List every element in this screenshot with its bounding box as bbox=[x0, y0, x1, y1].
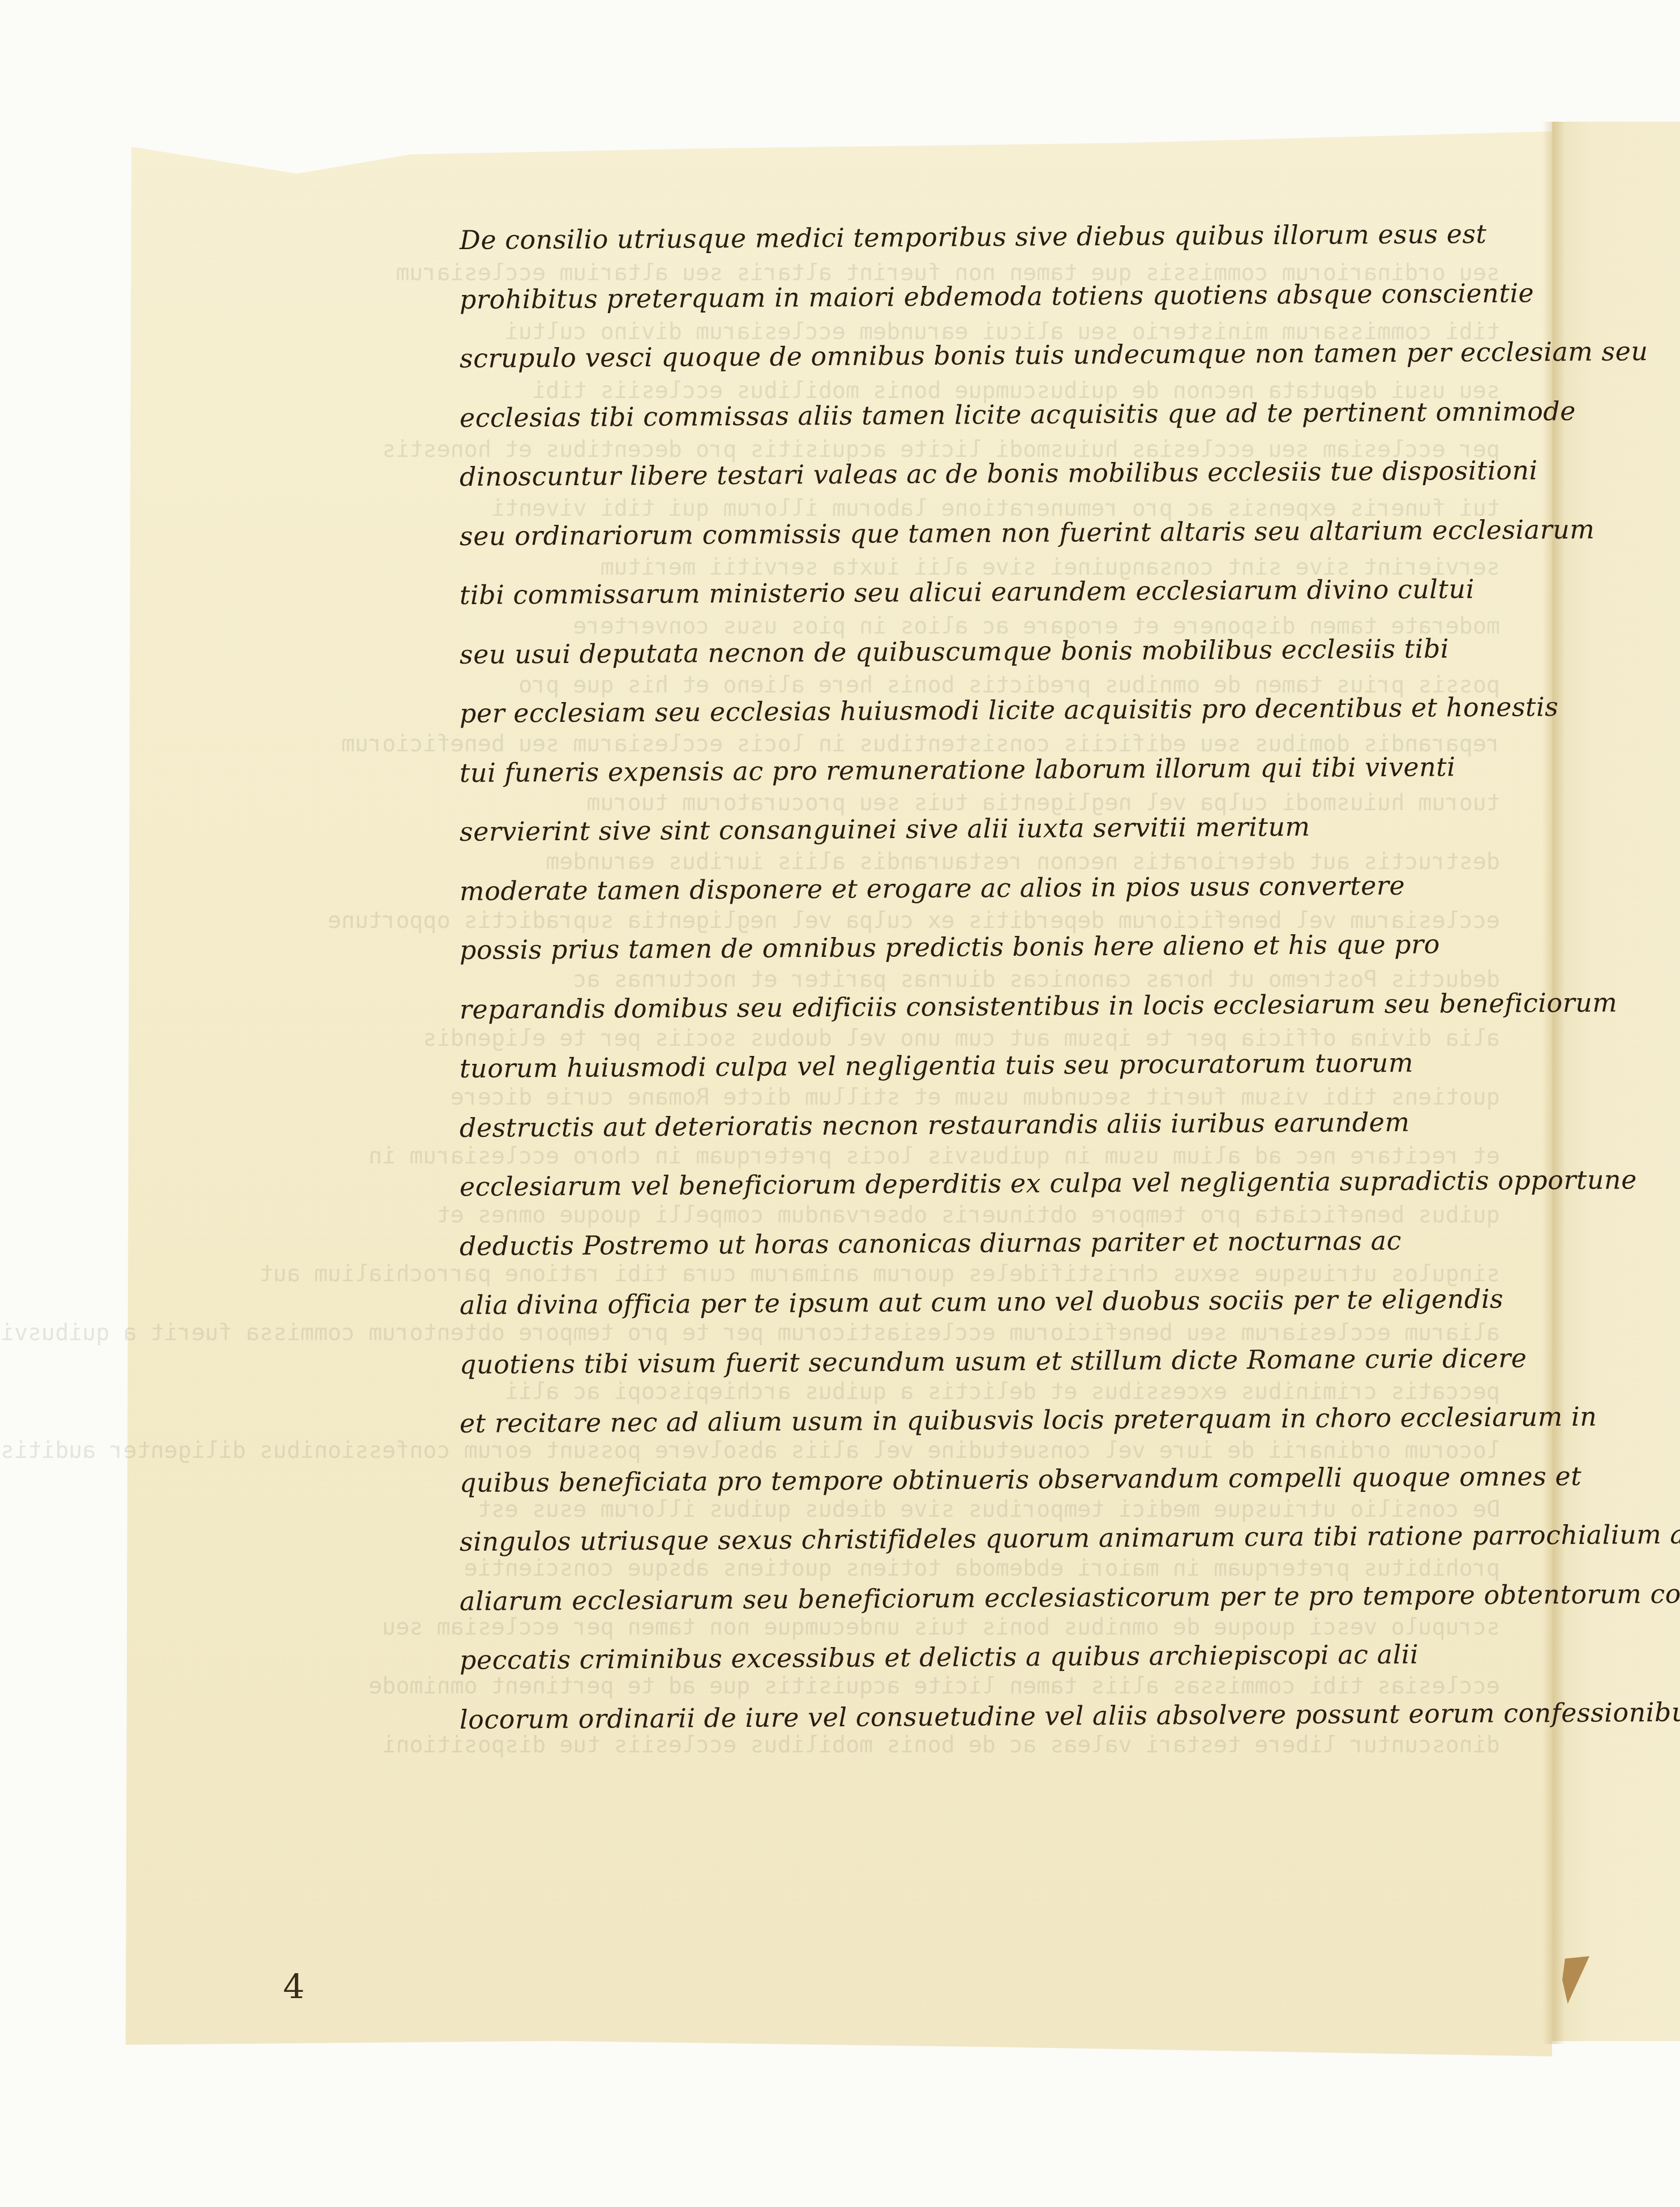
manuscript-line: locorum ordinarii de iure vel consuetudi… bbox=[460, 1683, 1524, 1749]
manuscript-line: scrupulo vesci quoque de omnibus bonis t… bbox=[460, 323, 1524, 388]
manuscript-line: tui funeris expensis ac pro remuneration… bbox=[460, 737, 1524, 802]
manuscript-line: destructis aut deterioratis necnon resta… bbox=[460, 1092, 1524, 1157]
manuscript-line: alia divina officia per te ipsum aut cum… bbox=[460, 1269, 1524, 1335]
manuscript-line: moderate tamen disponere et erogare ac a… bbox=[460, 855, 1524, 921]
manuscript-line: et recitare nec ad alium usum in quibusv… bbox=[460, 1388, 1524, 1453]
manuscript-line: tibi commissarum ministerio seu alicui e… bbox=[460, 559, 1524, 625]
manuscript-line: prohibitus preterquam in maiori ebdemoda… bbox=[460, 263, 1524, 329]
manuscript-line: De consilio utriusque medici temporibus … bbox=[460, 204, 1524, 270]
manuscript-line: servierint sive sint consanguinei sive a… bbox=[460, 796, 1524, 862]
manuscript-line: ecclesias tibi commissas aliis tamen lic… bbox=[460, 382, 1524, 447]
manuscript-line: deductis Postremo ut horas canonicas diu… bbox=[460, 1210, 1524, 1276]
manuscript-line: quotiens tibi visum fuerit secundum usum… bbox=[460, 1328, 1524, 1394]
manuscript-line: seu ordinariorum commissis que tamen non… bbox=[460, 500, 1524, 566]
manuscript-line: possis prius tamen de omnibus predictis … bbox=[460, 914, 1524, 980]
manuscript-line: aliarum ecclesiarum seu beneficiorum ecc… bbox=[460, 1565, 1524, 1631]
manuscript-line: quibus beneficiata pro tempore obtinueri… bbox=[460, 1447, 1524, 1512]
manuscript-line: dinoscuntur libere testari valeas ac de … bbox=[460, 441, 1524, 507]
manuscript-line: reparandis domibus seu edificiis consist… bbox=[460, 973, 1524, 1039]
manuscript-line: peccatis criminibus excessibus et delict… bbox=[460, 1624, 1524, 1690]
manuscript-line: seu usui deputata necnon de quibuscumque… bbox=[460, 618, 1524, 684]
folio-number: 4 bbox=[283, 1968, 305, 2007]
manuscript-line: tuorum huiusmodi culpa vel negligentia t… bbox=[460, 1033, 1524, 1098]
manuscript-line: singulos utriusque sexus christifideles … bbox=[460, 1506, 1524, 1572]
manuscript-text: De consilio utriusque medici temporibus … bbox=[460, 211, 1524, 1749]
manuscript-line: ecclesiarum vel beneficiorum deperditis … bbox=[460, 1151, 1524, 1217]
manuscript-line: per ecclesiam seu ecclesias huiusmodi li… bbox=[460, 678, 1524, 743]
